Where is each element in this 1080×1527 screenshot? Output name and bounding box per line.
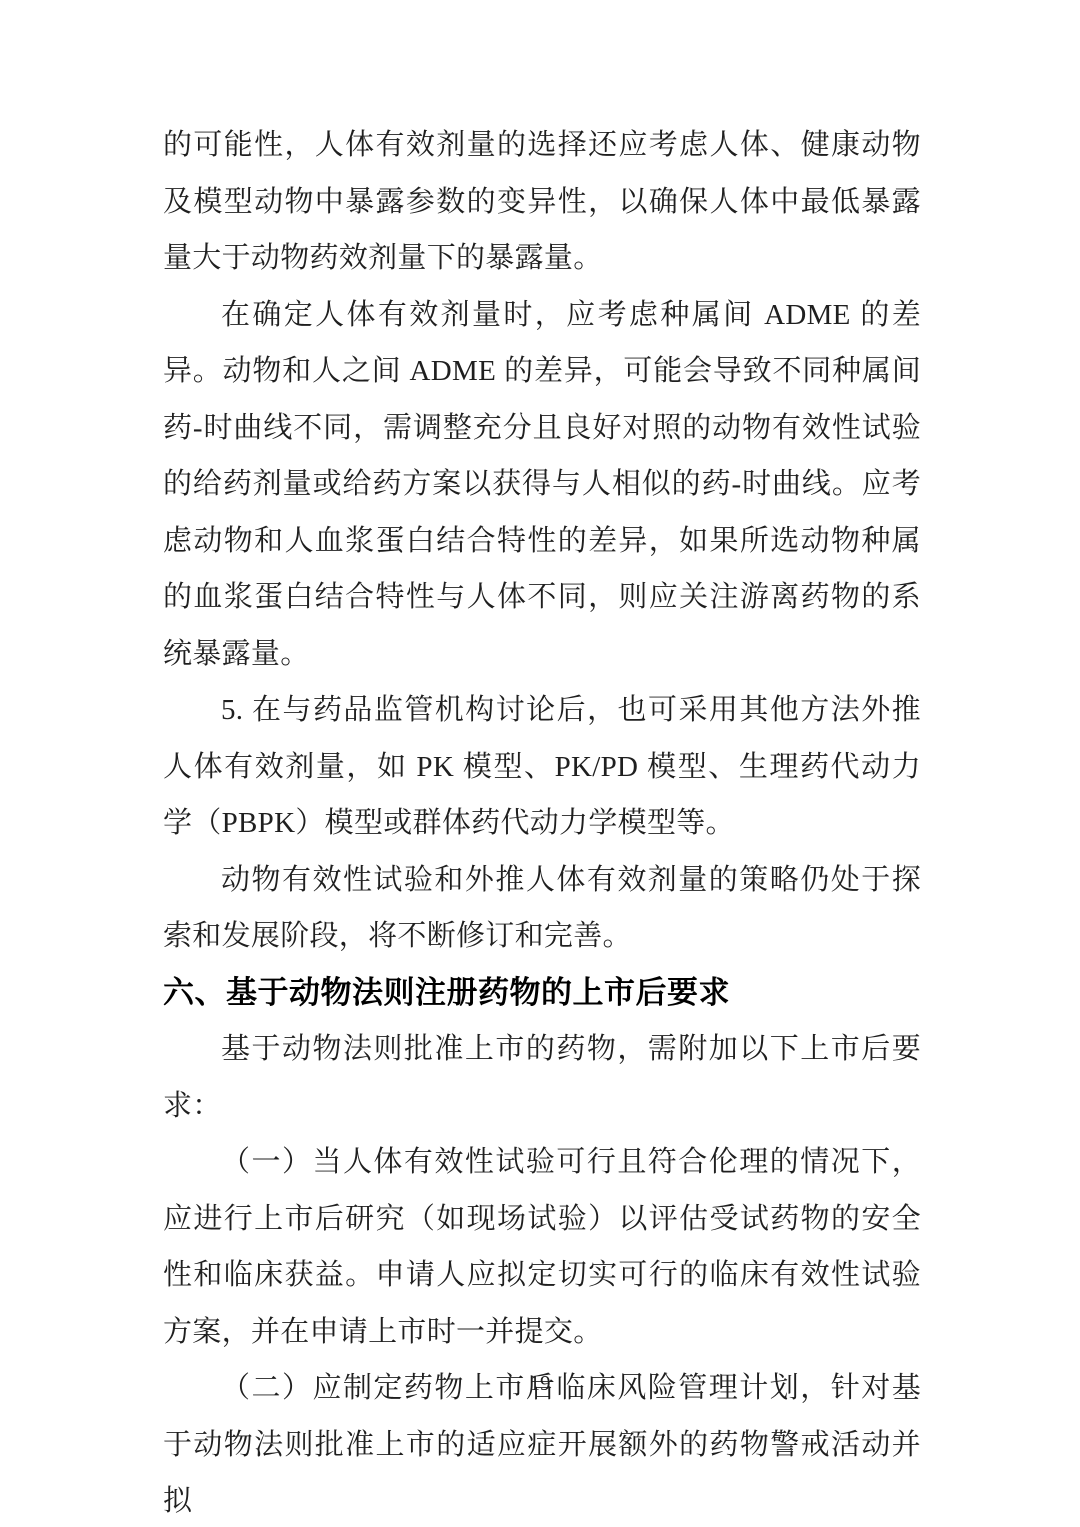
document-body: 的可能性，人体有效剂量的选择还应考虑人体、健康动物及模型动物中暴露参数的变异性，… <box>163 117 921 1527</box>
section-heading-post-market-requirements: 六、基于动物法则注册药物的上市后要求 <box>163 965 921 1022</box>
page-number: 19 <box>0 1368 1080 1398</box>
paragraph-post-market-intro: 基于动物法则批准上市的药物，需附加以下上市后要求： <box>163 1021 921 1134</box>
paragraph-strategy-evolving: 动物有效性试验和外推人体有效剂量的策略仍处于探索和发展阶段，将不断修订和完善。 <box>163 852 921 965</box>
document-page: 的可能性，人体有效剂量的选择还应考虑人体、健康动物及模型动物中暴露参数的变异性，… <box>0 0 1080 1527</box>
paragraph-adme-differences: 在确定人体有效剂量时，应考虑种属间 ADME 的差异。动物和人之间 ADME 的… <box>163 287 921 683</box>
paragraph-requirement-1: （一）当人体有效性试验可行且符合伦理的情况下，应进行上市后研究（如现场试验）以评… <box>163 1134 921 1360</box>
paragraph-continuation: 的可能性，人体有效剂量的选择还应考虑人体、健康动物及模型动物中暴露参数的变异性，… <box>163 117 921 287</box>
paragraph-item-5-other-methods: 5. 在与药品监管机构讨论后，也可采用其他方法外推人体有效剂量，如 PK 模型、… <box>163 682 921 852</box>
